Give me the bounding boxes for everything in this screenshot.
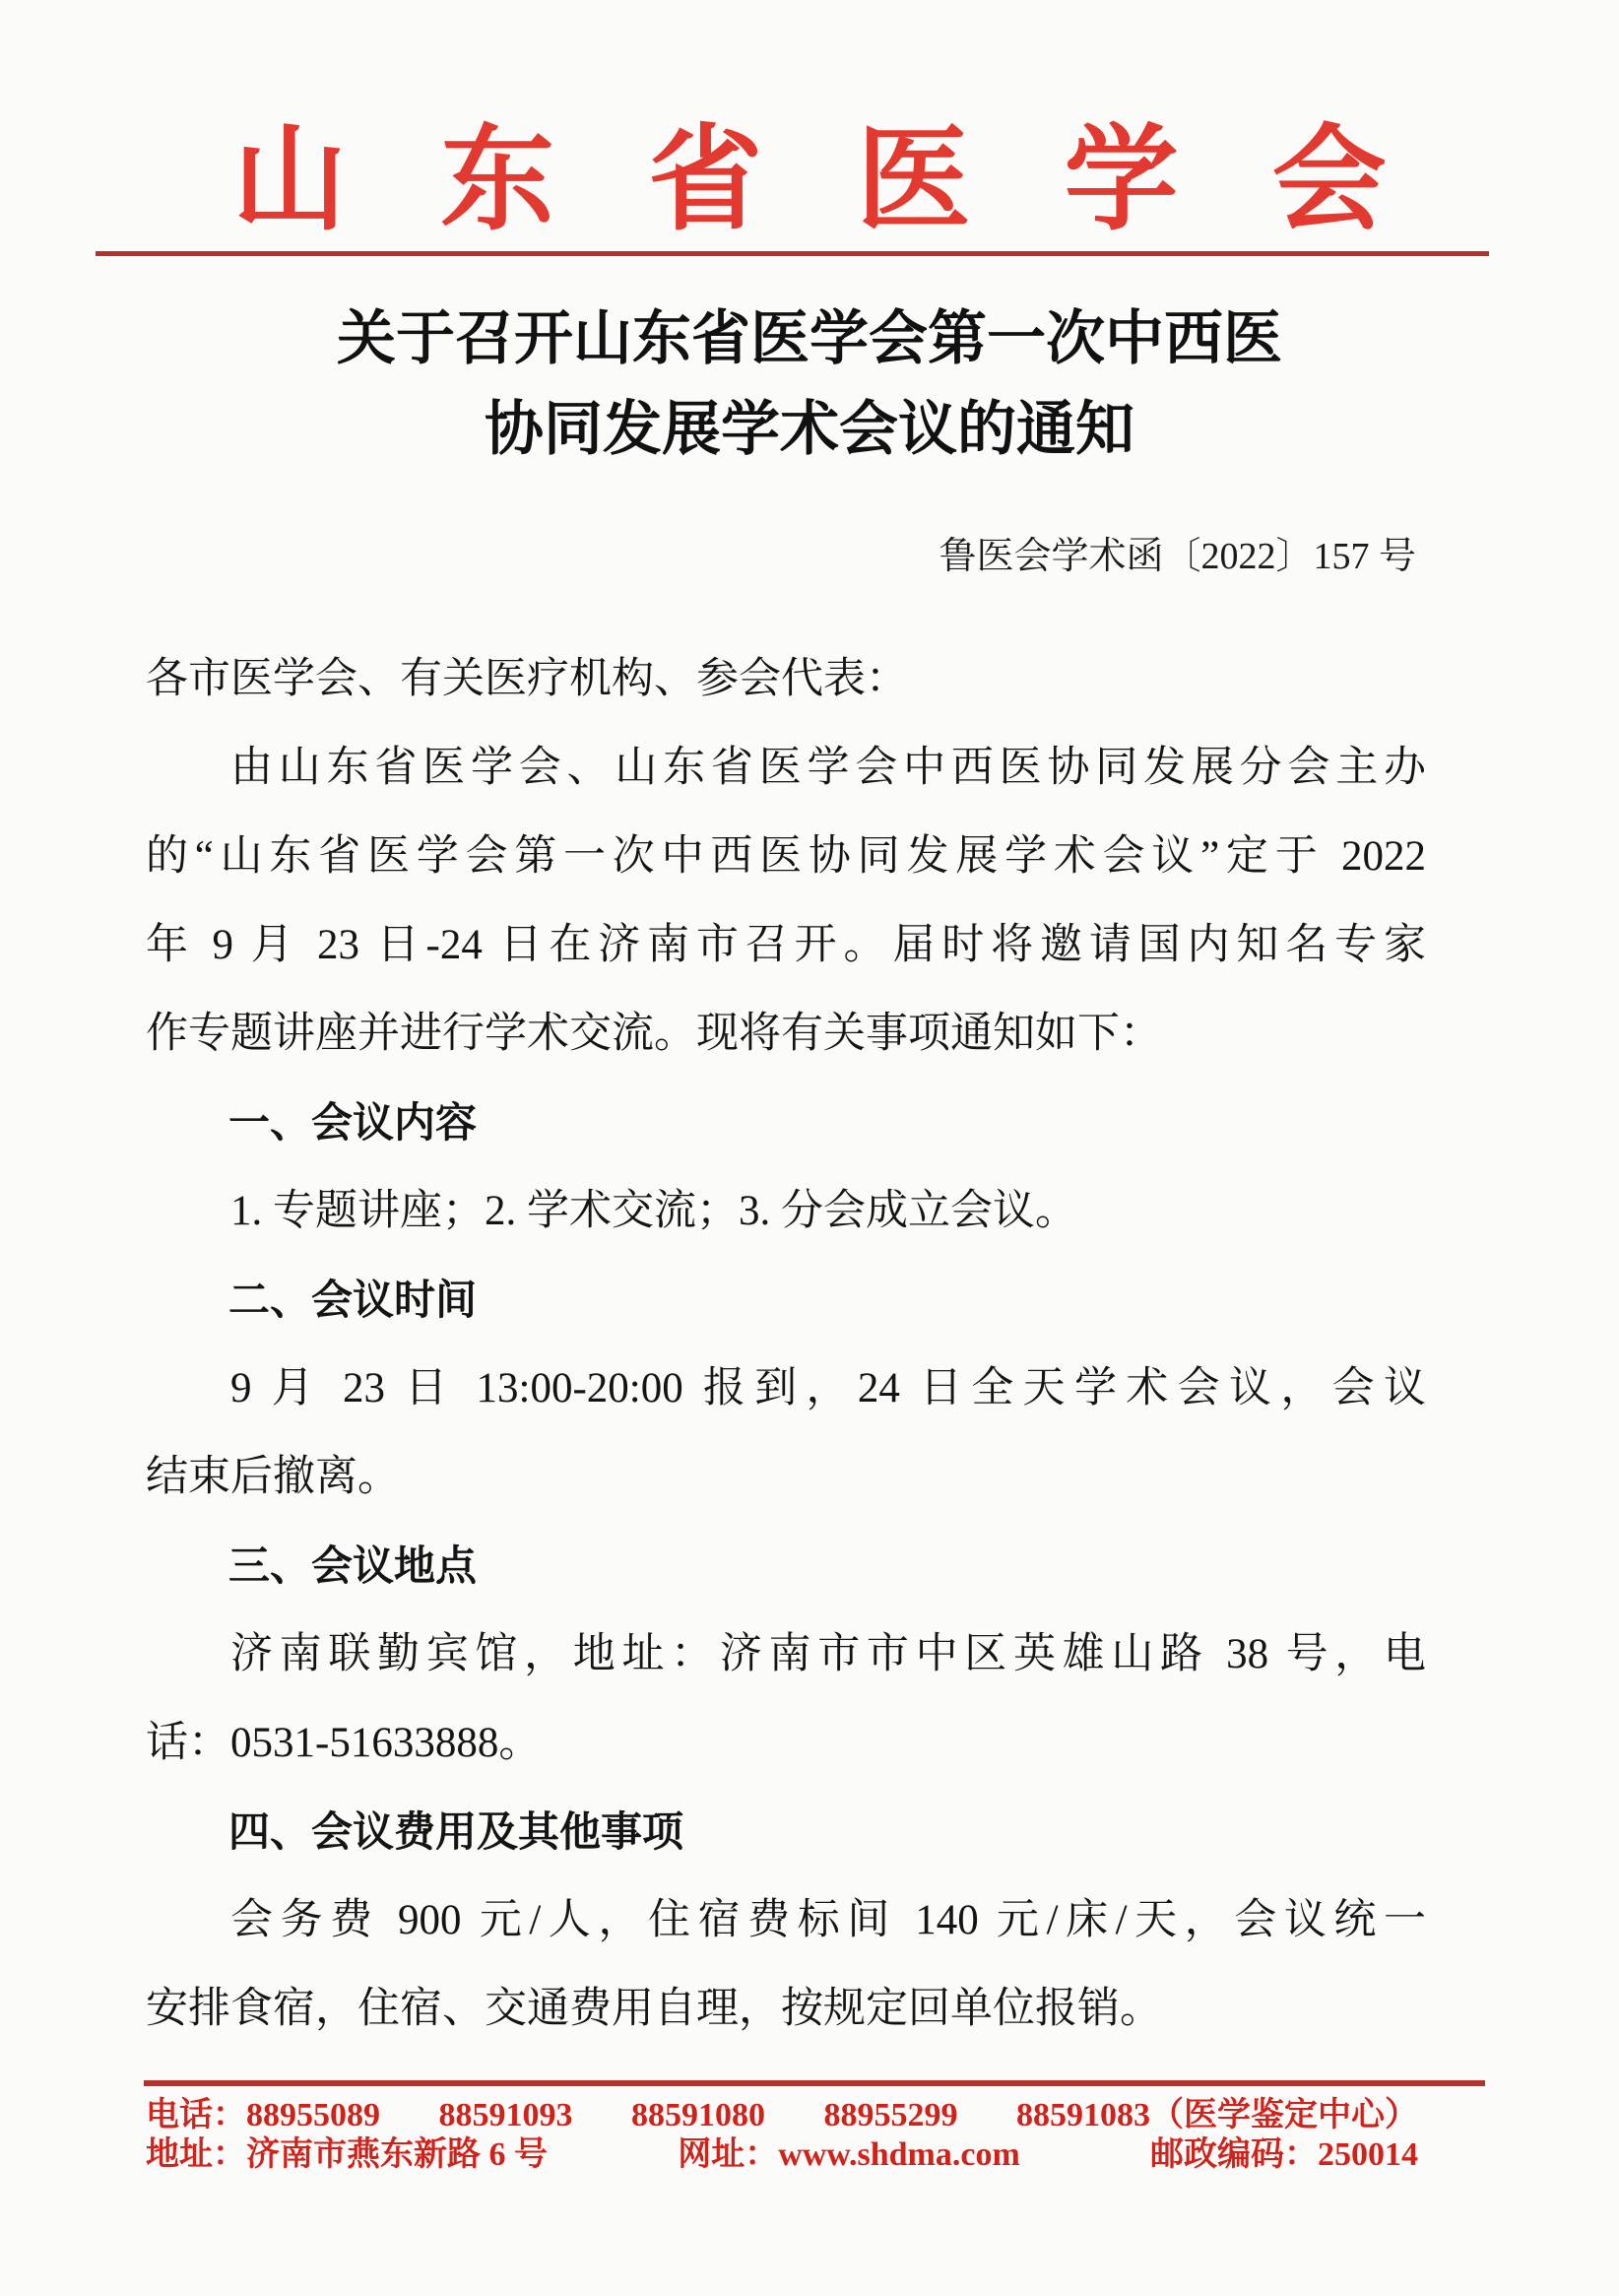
document-title: 关于召开山东省医学会第一次中西医 协同发展学术会议的通知	[0, 294, 1619, 475]
footer-phone-label: 电话：88955089	[146, 2096, 380, 2135]
body-line: 济南联勤宾馆，地址：济南市市中区英雄山路 38 号，电	[146, 1610, 1426, 1699]
header-divider	[96, 251, 1489, 256]
body-line: 话：0531-51633888。	[146, 1699, 1426, 1788]
section-heading-4: 四、会议费用及其他事项	[146, 1788, 1426, 1876]
body-line: 9 月 23 日 13:00-20:00 报到，24 日全天学术会议，会议	[146, 1345, 1426, 1433]
organization-name: 山东省医学会	[0, 116, 1619, 247]
section-heading-1: 一、会议内容	[146, 1079, 1426, 1167]
footer-phone-5: 88591083（医学鉴定中心）	[1016, 2096, 1418, 2135]
salutation: 各市医学会、有关医疗机构、参会代表：	[146, 635, 1426, 724]
document-body: 各市医学会、有关医疗机构、参会代表： 由山东省医学会、山东省医学会中西医协同发展…	[146, 635, 1426, 2054]
body-line: 1. 专题讲座；2. 学术交流；3. 分会成立会议。	[146, 1167, 1426, 1256]
body-line: 结束后撤离。	[146, 1433, 1426, 1522]
body-line: 的“山东省医学会第一次中西医协同发展学术会议”定于 2022	[146, 813, 1426, 901]
footer-address-row: 地址：济南市燕东新路 6 号 网址：www.shdma.com 邮政编码：250…	[146, 2135, 1418, 2175]
footer-postal-code: 邮政编码：250014	[1150, 2135, 1418, 2175]
document-title-line2: 协同发展学术会议的通知	[0, 384, 1619, 475]
body-line: 会务费 900 元/人，住宿费标间 140 元/床/天，会议统一	[146, 1876, 1426, 1965]
footer-phone-3: 88591080	[631, 2096, 765, 2135]
section-heading-3: 三、会议地点	[146, 1522, 1426, 1610]
notice-page: 山东省医学会 关于召开山东省医学会第一次中西医 协同发展学术会议的通知 鲁医会学…	[0, 0, 1619, 2296]
body-line: 安排食宿，住宿、交通费用自理，按规定回单位报销。	[146, 1965, 1426, 2054]
footer-phone-row: 电话：88955089 88591093 88591080 88955299 8…	[146, 2096, 1418, 2135]
body-line: 作专题讲座并进行学术交流。现将有关事项通知如下：	[146, 990, 1426, 1079]
footer-phone-2: 88591093	[439, 2096, 573, 2135]
footer-phone-4: 88955299	[824, 2096, 958, 2135]
section-heading-2: 二、会议时间	[146, 1256, 1426, 1345]
footer-divider	[144, 2080, 1485, 2086]
footer-website: 网址：www.shdma.com	[678, 2135, 1020, 2175]
document-number: 鲁医会学术函〔2022〕157 号	[0, 530, 1416, 583]
body-line: 年 9 月 23 日-24 日在济南市召开。届时将邀请国内知名专家	[146, 901, 1426, 990]
footer-address: 地址：济南市燕东新路 6 号	[146, 2135, 548, 2175]
document-title-line1: 关于召开山东省医学会第一次中西医	[0, 294, 1619, 384]
body-line: 由山东省医学会、山东省医学会中西医协同发展分会主办	[146, 724, 1426, 813]
